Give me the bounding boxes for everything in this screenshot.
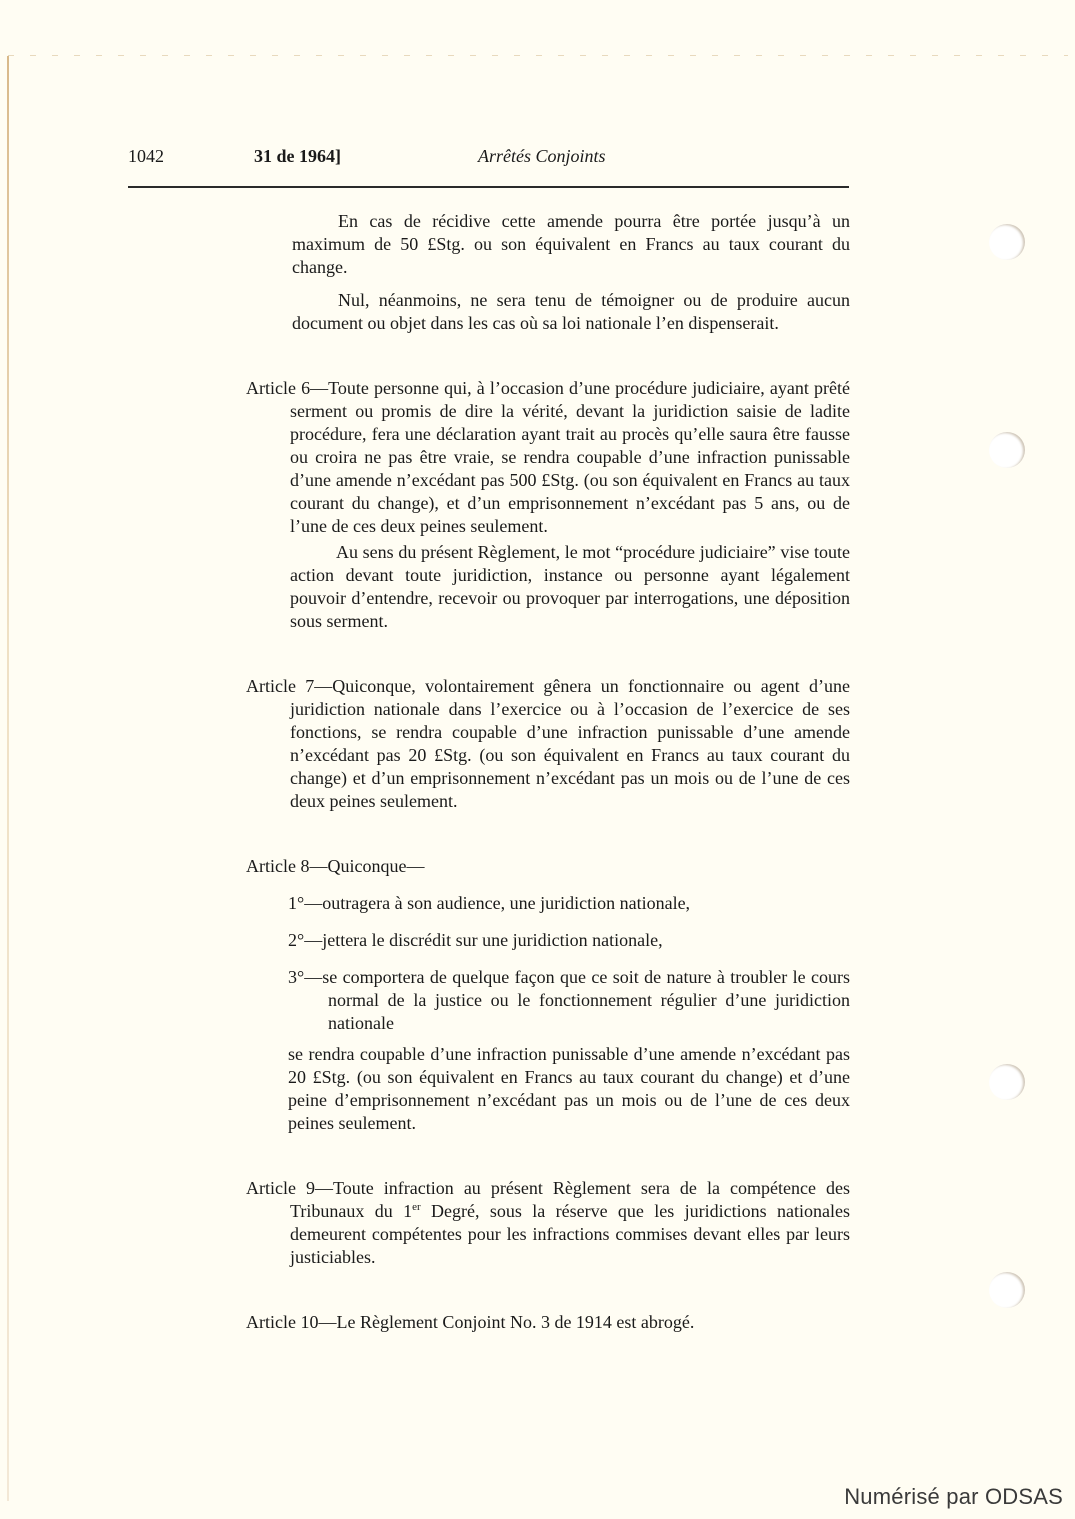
running-title: Arrêtés Conjoints (478, 146, 606, 167)
continuation-paragraph-2: Nul, néanmoins, ne sera tenu de témoigne… (246, 289, 850, 335)
article-9: Article 9—Toute infraction au présent Rè… (246, 1177, 850, 1269)
document-reference: 31 de 1964] (254, 146, 341, 167)
header-rule (128, 186, 849, 188)
article-8-intro: Article 8—Quiconque— (246, 855, 850, 878)
article-8-item-3: 3°—se comportera de quelque façon que ce… (246, 966, 850, 1035)
article-6-paragraph-2: Au sens du présent Règlement, le mot “pr… (246, 541, 850, 633)
article-6: Article 6—Toute personne qui, à l’occasi… (246, 377, 850, 538)
punch-hole-4 (989, 1272, 1025, 1308)
page-number: 1042 (128, 146, 164, 167)
page-edge-left (7, 56, 9, 1501)
article-10: Article 10—Le Règlement Conjoint No. 3 d… (246, 1311, 850, 1334)
article-8-item-2: 2°—jettera le discrédit sur une juridict… (246, 929, 850, 952)
continuation-paragraph-1: En cas de récidive cette amende pourra ê… (246, 210, 850, 279)
page-edge-top (8, 55, 1068, 56)
document-body: En cas de récidive cette amende pourra ê… (246, 210, 850, 1334)
punch-hole-1 (989, 224, 1025, 260)
article-8-item-1: 1°—outragera à son audience, une juridic… (246, 892, 850, 915)
punch-hole-2 (989, 432, 1025, 468)
digitization-watermark: Numérisé par ODSAS (844, 1484, 1063, 1510)
article-7: Article 7—Quiconque, volontairement gêne… (246, 675, 850, 813)
superscript-er: er (412, 1201, 421, 1213)
article-8-conclusion: se rendra coupable d’une infraction puni… (246, 1043, 850, 1135)
page-header: 1042 31 de 1964] Arrêtés Conjoints (128, 146, 848, 170)
punch-hole-3 (989, 1064, 1025, 1100)
